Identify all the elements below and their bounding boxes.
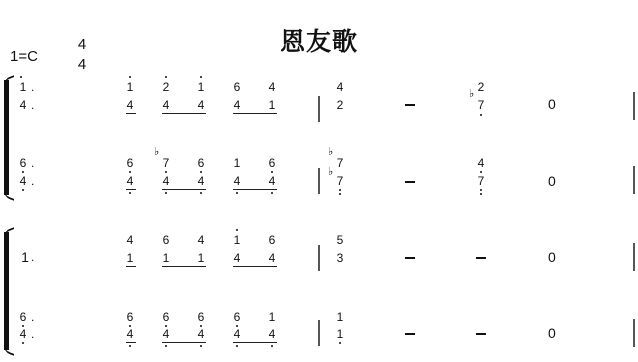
note: 1 bbox=[123, 251, 137, 265]
note: 4 bbox=[194, 174, 208, 188]
note: 2 bbox=[474, 80, 488, 94]
underline-beam bbox=[233, 189, 277, 190]
note: 4 bbox=[16, 327, 30, 341]
bar-line-end bbox=[633, 92, 635, 120]
low-octave-dot bbox=[480, 171, 482, 173]
note: 4 bbox=[230, 251, 244, 265]
note: 1 bbox=[194, 80, 208, 94]
system-bracket bbox=[4, 232, 9, 350]
bracket-top-hook bbox=[4, 227, 14, 237]
note: 7 bbox=[159, 156, 173, 170]
note: 6 bbox=[123, 156, 137, 170]
note: 6 bbox=[265, 233, 279, 247]
note: 6 bbox=[194, 310, 208, 324]
note: 6 bbox=[159, 233, 173, 247]
low-octave-dot bbox=[339, 342, 341, 344]
bracket-top-hook bbox=[4, 75, 14, 85]
time-signature-numerator: 4 bbox=[74, 35, 90, 55]
underline-beam bbox=[233, 266, 277, 267]
underline-beam bbox=[126, 189, 136, 190]
underline-beam bbox=[233, 342, 277, 343]
note: 4 bbox=[159, 98, 173, 112]
augmentation-dot: . bbox=[31, 80, 34, 94]
bar-line-end bbox=[633, 319, 635, 347]
time-signature: 4 4 bbox=[74, 35, 90, 75]
system-bracket bbox=[4, 80, 9, 195]
time-signature-denominator: 4 bbox=[74, 55, 90, 75]
note: 6 bbox=[230, 310, 244, 324]
note: 4 bbox=[265, 174, 279, 188]
note: 3 bbox=[333, 251, 347, 265]
low-octave-dot bbox=[200, 171, 202, 173]
note: 2 bbox=[159, 80, 173, 94]
low-octave-dot bbox=[480, 193, 482, 195]
sustain-dash bbox=[405, 104, 415, 106]
note: 1 bbox=[230, 156, 244, 170]
bracket-bottom-hook bbox=[4, 346, 14, 356]
low-octave-dot bbox=[165, 192, 167, 194]
underline-beam bbox=[162, 342, 206, 343]
note: 1 bbox=[16, 80, 30, 94]
high-octave-dot bbox=[129, 76, 131, 78]
note: 4 bbox=[474, 156, 488, 170]
note: 1 bbox=[159, 251, 173, 265]
note: 1 bbox=[18, 250, 32, 264]
note: 1 bbox=[333, 310, 347, 324]
bar-line-end bbox=[633, 243, 635, 271]
note: 4 bbox=[123, 174, 137, 188]
augmentation-dot: . bbox=[31, 174, 34, 188]
note: 4 bbox=[123, 98, 137, 112]
augmentation-dot: . bbox=[31, 310, 34, 324]
note: 7 bbox=[474, 98, 488, 112]
rest-zero: 0 bbox=[548, 97, 556, 111]
note: 7 bbox=[333, 156, 347, 170]
sustain-dash bbox=[476, 333, 486, 335]
bar-line bbox=[318, 168, 320, 194]
note: 4 bbox=[159, 174, 173, 188]
note: 1 bbox=[265, 98, 279, 112]
note: 4 bbox=[16, 98, 30, 112]
low-octave-dot bbox=[480, 114, 482, 116]
rest-zero: 0 bbox=[548, 174, 556, 188]
note: 4 bbox=[230, 174, 244, 188]
note: 4 bbox=[123, 233, 137, 247]
rest-zero: 0 bbox=[548, 250, 556, 264]
underline-beam bbox=[126, 266, 136, 267]
bar-line bbox=[318, 245, 320, 271]
high-octave-dot bbox=[20, 76, 22, 78]
underline-beam bbox=[162, 189, 206, 190]
note: 6 bbox=[123, 310, 137, 324]
bar-line-end bbox=[633, 166, 635, 194]
low-octave-dot bbox=[480, 189, 482, 191]
song-title: 恩友歌 bbox=[0, 22, 638, 58]
note: 4 bbox=[194, 233, 208, 247]
low-octave-dot bbox=[271, 171, 273, 173]
low-octave-dot bbox=[129, 171, 131, 173]
underline-beam bbox=[162, 113, 206, 114]
note: 4 bbox=[230, 327, 244, 341]
low-octave-dot bbox=[22, 189, 24, 191]
note: 4 bbox=[265, 80, 279, 94]
note: 4 bbox=[16, 174, 30, 188]
note: 6 bbox=[265, 156, 279, 170]
note: 7 bbox=[474, 174, 488, 188]
high-octave-dot bbox=[200, 76, 202, 78]
low-octave-dot bbox=[129, 192, 131, 194]
augmentation-dot: . bbox=[31, 250, 34, 264]
low-octave-dot bbox=[129, 345, 131, 347]
note: 4 bbox=[333, 80, 347, 94]
bracket-bottom-hook bbox=[4, 191, 14, 201]
augmentation-dot: . bbox=[31, 98, 34, 112]
low-octave-dot bbox=[165, 171, 167, 173]
low-octave-dot bbox=[271, 192, 273, 194]
low-octave-dot bbox=[236, 345, 238, 347]
note: 1 bbox=[194, 251, 208, 265]
augmentation-dot: . bbox=[31, 156, 34, 170]
key-signature: 1=C bbox=[10, 48, 38, 65]
underline-beam bbox=[162, 266, 206, 267]
rest-zero: 0 bbox=[548, 326, 556, 340]
note: 1 bbox=[333, 327, 347, 341]
underline-beam bbox=[233, 113, 277, 114]
note: 4 bbox=[159, 327, 173, 341]
low-octave-dot bbox=[339, 193, 341, 195]
bar-line bbox=[318, 96, 320, 122]
bar-line bbox=[318, 320, 320, 346]
note: 5 bbox=[333, 233, 347, 247]
low-octave-dot bbox=[200, 345, 202, 347]
note: 1 bbox=[123, 80, 137, 94]
high-octave-dot bbox=[165, 76, 167, 78]
low-octave-dot bbox=[236, 192, 238, 194]
high-octave-dot bbox=[236, 229, 238, 231]
sustain-dash bbox=[405, 181, 415, 183]
note: 4 bbox=[194, 98, 208, 112]
note: 6 bbox=[159, 310, 173, 324]
note: 6 bbox=[16, 156, 30, 170]
low-octave-dot bbox=[22, 171, 24, 173]
underline-beam bbox=[126, 342, 136, 343]
low-octave-dot bbox=[339, 189, 341, 191]
note: 6 bbox=[16, 310, 30, 324]
note: 4 bbox=[230, 98, 244, 112]
sustain-dash bbox=[405, 257, 415, 259]
low-octave-dot bbox=[22, 342, 24, 344]
sustain-dash bbox=[405, 333, 415, 335]
note: 6 bbox=[230, 80, 244, 94]
note: 7 bbox=[333, 174, 347, 188]
note: 4 bbox=[265, 327, 279, 341]
augmentation-dot: . bbox=[31, 327, 34, 341]
low-octave-dot bbox=[271, 345, 273, 347]
underline-beam bbox=[126, 113, 136, 114]
low-octave-dot bbox=[200, 192, 202, 194]
note: 4 bbox=[265, 251, 279, 265]
low-octave-dot bbox=[165, 345, 167, 347]
sustain-dash bbox=[476, 257, 486, 259]
note: 6 bbox=[194, 156, 208, 170]
note: 4 bbox=[123, 327, 137, 341]
note: 4 bbox=[194, 327, 208, 341]
note: 1 bbox=[230, 233, 244, 247]
note: 2 bbox=[333, 98, 347, 112]
note: 1 bbox=[265, 310, 279, 324]
